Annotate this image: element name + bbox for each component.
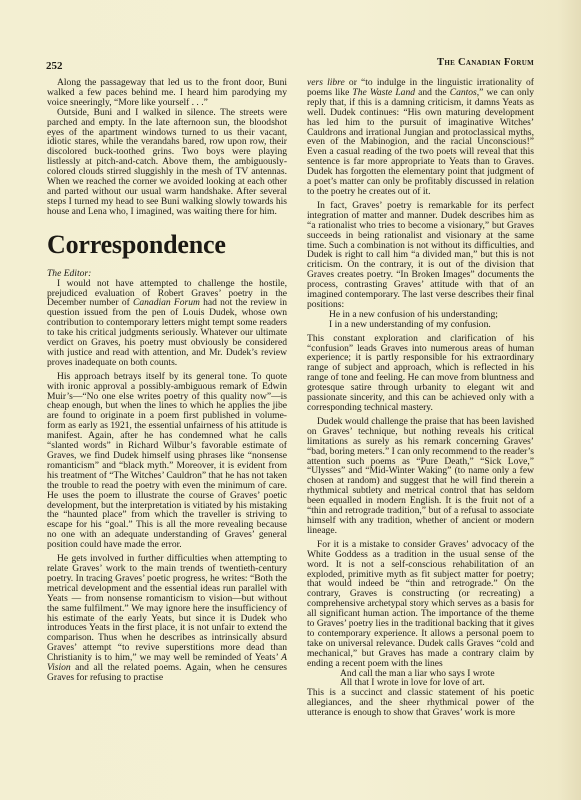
letter-paragraph: I would not have attempted to challenge … <box>47 279 287 368</box>
letter-paragraph: He gets involved in further difficulties… <box>47 554 287 683</box>
running-head: The Canadian Forum <box>395 57 534 68</box>
letter-paragraph: vers libre or “to indulge in the linguis… <box>307 78 534 197</box>
verse-line: I in a new understanding of my confusion… <box>307 320 534 330</box>
letter-paragraph: His approach betrays itself by its gener… <box>47 372 287 550</box>
magazine-page: 252 The Canadian Forum Along the passage… <box>0 0 581 800</box>
section-heading: Correspondence <box>47 231 287 259</box>
letter-paragraph: This is a succinct and classic statement… <box>307 688 534 718</box>
letter-paragraph: In fact, Graves’ poetry is remarkable fo… <box>307 201 534 310</box>
right-column: vers libre or “to indulge in the linguis… <box>307 78 534 718</box>
story-paragraph: Along the passageway that led us to the … <box>47 78 287 108</box>
letter-paragraph: This constant exploration and clarificat… <box>307 334 534 413</box>
letter-paragraph: Dudek would challenge the praise that ha… <box>307 417 534 536</box>
letter-paragraph: For it is a mistake to consider Graves’ … <box>307 540 534 669</box>
left-column: Along the passageway that led us to the … <box>47 78 287 683</box>
page-number: 252 <box>46 60 63 72</box>
story-paragraph: Outside, Buni and I walked in silence. T… <box>47 108 287 217</box>
